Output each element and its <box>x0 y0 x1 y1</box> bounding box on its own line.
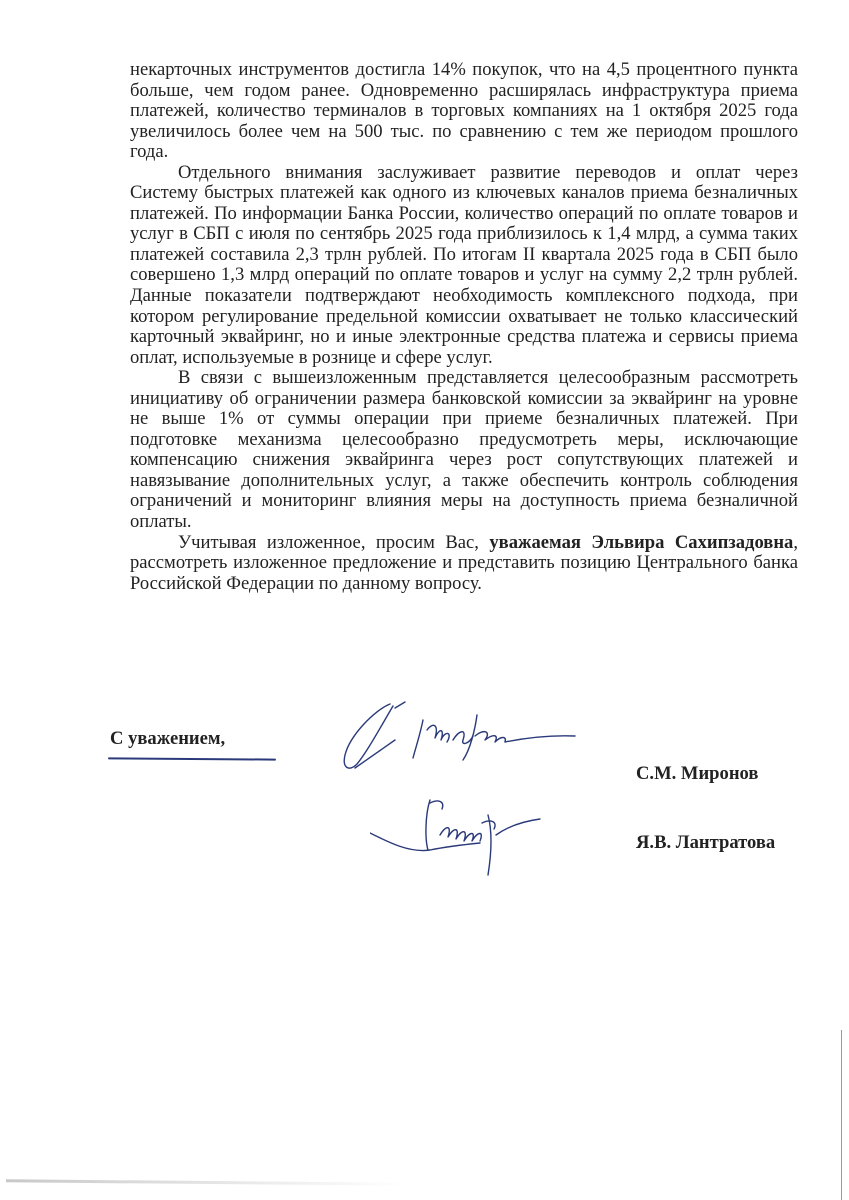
closing-underline <box>108 757 276 760</box>
scan-edge-right <box>841 1030 842 1200</box>
signature-mironov-icon <box>335 700 605 780</box>
paragraph-4-lead: Учитывая изложенное, просим Вас, <box>178 532 489 553</box>
paragraph-1: некарточных инструментов достигла 14% по… <box>130 60 798 163</box>
signer-name-mironov: С.М. Миронов <box>636 763 758 785</box>
closing-phrase: С уважением, <box>110 728 225 750</box>
scan-edge-bottom <box>6 1179 406 1185</box>
addressee-name: уважаемая Эльвира Сахипзадовна <box>489 532 793 553</box>
paragraph-3: В связи с вышеизложенным представляется … <box>130 368 798 532</box>
signature-lantratova-icon <box>370 795 570 885</box>
paragraph-2: Отдельного внимания заслуживает развитие… <box>130 163 798 368</box>
document-page: некарточных инструментов достигла 14% по… <box>0 0 849 1200</box>
letter-body: некарточных инструментов достигла 14% по… <box>130 60 798 594</box>
signer-name-lantratova: Я.В. Лантратова <box>636 832 775 854</box>
paragraph-4: Учитывая изложенное, просим Вас, уважаем… <box>130 533 798 595</box>
